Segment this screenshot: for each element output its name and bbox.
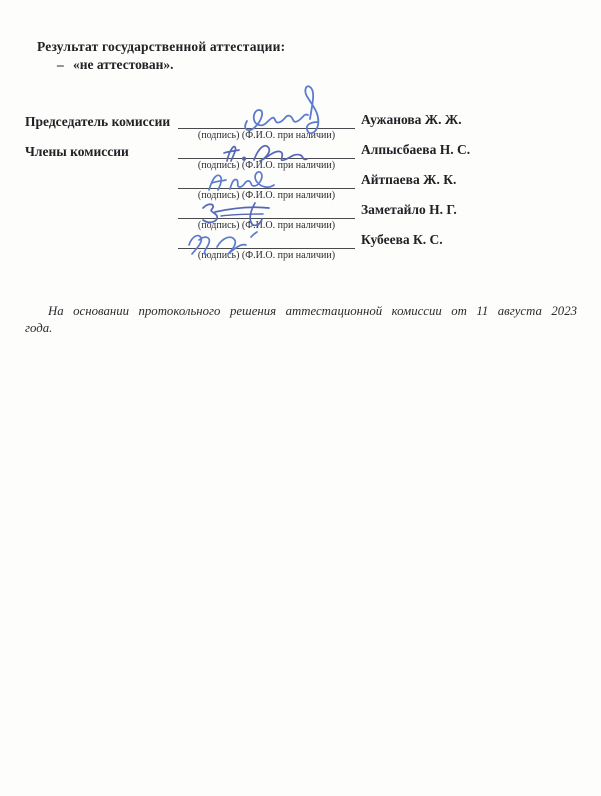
role-label-chairman: Председатель комиссии (25, 114, 170, 130)
signature-line (178, 158, 355, 159)
role-label-members: Члены комиссии (25, 144, 129, 160)
signature-caption: (подпись) (Ф.И.О. при наличии) (178, 220, 355, 231)
footer-note: На основании протокольного решения аттес… (25, 303, 577, 337)
signature-caption: (подпись) (Ф.И.О. при наличии) (178, 130, 355, 141)
member-name: Алпысбаева Н. С. (361, 142, 470, 158)
signature-caption: (подпись) (Ф.И.О. при наличии) (178, 250, 355, 261)
signature-caption: (подпись) (Ф.И.О. при наличии) (178, 190, 355, 201)
document-page: Результат государственной аттестации: –«… (0, 0, 601, 796)
signature-caption: (подпись) (Ф.И.О. при наличии) (178, 160, 355, 171)
signature-line (178, 248, 355, 249)
member-name: Аужанова Ж. Ж. (361, 112, 462, 128)
member-name: Заметайло Н. Г. (361, 202, 457, 218)
result-item: –«не аттестован». (57, 57, 174, 73)
dash-marker: – (57, 57, 73, 73)
member-name: Айтпаева Ж. К. (361, 172, 456, 188)
signature-line (178, 188, 355, 189)
result-text: «не аттестован». (73, 57, 174, 72)
member-name: Кубеева К. С. (361, 232, 443, 248)
footer-note-line2: года. (25, 320, 577, 337)
footer-note-line1: На основании протокольного решения аттес… (25, 303, 577, 320)
signature-line (178, 218, 355, 219)
signature-line (178, 128, 355, 129)
result-heading: Результат государственной аттестации: (37, 39, 285, 55)
